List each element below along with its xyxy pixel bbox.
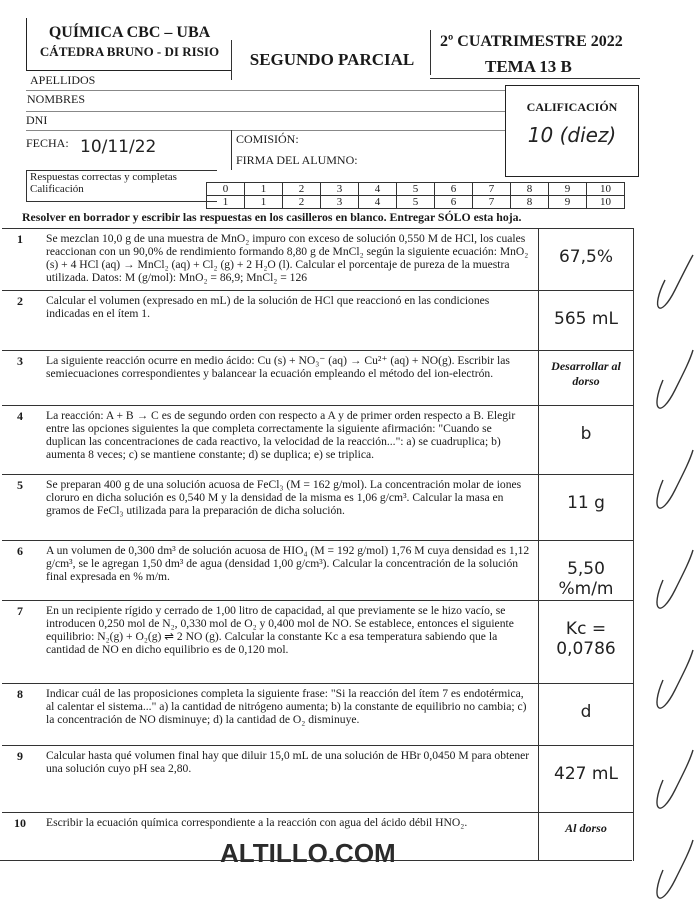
divider	[231, 130, 232, 170]
question-text: En un recipiente rígido y cerrado de 1,0…	[46, 604, 534, 656]
question-row: 3La siguiente reacción ocurre en medio á…	[2, 350, 538, 406]
divider	[26, 130, 506, 131]
grade-table-cell: 5	[397, 196, 435, 209]
question-row: 6A un volumen de 0,300 dm³ de solución a…	[2, 540, 538, 601]
question-row: 4La reacción: A + B → C es de segundo or…	[2, 405, 538, 475]
answer-value: Al dorso	[539, 821, 633, 836]
question-number: 4	[2, 409, 38, 424]
question-text: La reacción: A + B → C es de segundo ord…	[46, 409, 534, 461]
answer-value: 565 mL	[539, 309, 633, 329]
question-row: 5Se preparan 400 g de una solución acuos…	[2, 474, 538, 541]
exam-title: SEGUNDO PARCIAL	[232, 50, 432, 70]
grade-table-row1-label: Respuestas correctas y completas	[27, 171, 217, 183]
teacher-check-marks	[645, 250, 695, 910]
date-value[interactable]: 10/11/22	[80, 137, 156, 157]
answer-box[interactable]: Al dorso	[538, 812, 634, 861]
question-text: Calcular hasta qué volumen final hay que…	[46, 749, 534, 775]
question-number: 7	[2, 604, 38, 619]
grade-table-cell: 3	[321, 183, 359, 196]
date-label: FECHA:	[26, 136, 69, 151]
answer-box[interactable]: Kc = 0,0786	[538, 600, 634, 684]
grade-table-cell: 1	[245, 183, 283, 196]
grade-table-cell: 8	[511, 183, 549, 196]
grade-label: CALIFICACIÓN	[506, 100, 638, 115]
names-label: NOMBRES	[27, 92, 85, 107]
answer-value: Desarrollar al dorso	[539, 359, 633, 389]
answer-value: 67,5%	[539, 247, 633, 267]
grade-table-cell: 3	[321, 196, 359, 209]
grade-table-cell: 1	[245, 196, 283, 209]
divider	[430, 30, 431, 75]
grade-table: 012345678910 112345678910	[206, 182, 625, 209]
question-number: 3	[2, 354, 38, 369]
course-title: QUÍMICA CBC – UBA	[27, 24, 232, 42]
divider	[430, 78, 640, 79]
grade-table-labels: Respuestas correctas y completas Calific…	[26, 170, 217, 202]
checkmark-scribble-icon	[645, 250, 695, 910]
surname-label: APELLIDOS	[30, 73, 95, 88]
grade-table-cell: 4	[359, 183, 397, 196]
question-row: 7En un recipiente rígido y cerrado de 1,…	[2, 600, 538, 684]
answer-value: 11 g	[539, 493, 633, 513]
question-row: 9Calcular hasta qué volumen final hay qu…	[2, 745, 538, 813]
grade-table-score-row: 112345678910	[207, 196, 625, 209]
question-text: La siguiente reacción ocurre en medio ác…	[46, 354, 534, 380]
grade-table-cell: 2	[283, 196, 321, 209]
answer-value: 427 mL	[539, 764, 633, 784]
answer-box[interactable]: 67,5%	[538, 228, 634, 291]
answer-value: d	[539, 702, 633, 722]
question-number: 9	[2, 749, 38, 764]
grade-table-cell: 1	[207, 196, 245, 209]
question-text: Se mezclan 10,0 g de una muestra de MnO₂…	[46, 232, 534, 284]
grade-table-cell: 5	[397, 183, 435, 196]
grade-table-cell: 0	[207, 183, 245, 196]
question-number: 5	[2, 478, 38, 493]
answer-value: 5,50 %m/m	[539, 559, 633, 599]
answer-box[interactable]: Desarrollar al dorso	[538, 350, 634, 406]
question-number: 1	[2, 232, 38, 247]
signature-label: FIRMA DEL ALUMNO:	[236, 153, 358, 168]
grade-table-cell: 2	[283, 183, 321, 196]
commission-label: COMISIÓN:	[236, 132, 299, 147]
grade-table-correct-row: 012345678910	[207, 183, 625, 196]
topic: TEMA 13 B	[485, 57, 572, 77]
grade-box: CALIFICACIÓN 10 (diez)	[505, 85, 639, 177]
answer-box[interactable]: b	[538, 405, 634, 475]
grade-table-cell: 6	[435, 183, 473, 196]
grade-table-cell: 7	[473, 183, 511, 196]
instructions: Resolver en borrador y escribir las resp…	[22, 210, 522, 225]
answer-box[interactable]: 5,50 %m/m	[538, 540, 634, 601]
question-text: A un volumen de 0,300 dm³ de solución ac…	[46, 544, 534, 583]
question-number: 8	[2, 687, 38, 702]
question-text: Calcular el volumen (expresado en mL) de…	[46, 294, 534, 320]
grade-table-cell: 9	[549, 196, 587, 209]
question-text: Se preparan 400 g de una solución acuosa…	[46, 478, 534, 517]
course-box: QUÍMICA CBC – UBA CÁTEDRA BRUNO - DI RIS…	[26, 18, 232, 71]
divider	[26, 111, 506, 112]
question-row: 2Calcular el volumen (expresado en mL) d…	[2, 290, 538, 351]
question-number: 2	[2, 294, 38, 309]
grade-table-row2-label: Calificación	[27, 183, 217, 195]
grade-table-cell: 6	[435, 196, 473, 209]
dni-label: DNI	[26, 113, 47, 128]
question-number: 10	[2, 816, 38, 831]
answer-box[interactable]: d	[538, 683, 634, 746]
grade-table-cell: 8	[511, 196, 549, 209]
question-number: 6	[2, 544, 38, 559]
grade-table-cell: 4	[359, 196, 397, 209]
question-row: 8Indicar cuál de las proposiciones compl…	[2, 683, 538, 746]
answer-value: b	[539, 424, 633, 444]
answer-box[interactable]: 427 mL	[538, 745, 634, 813]
grade-table-cell: 10	[587, 183, 625, 196]
watermark: ALTILLO.COM	[220, 838, 396, 869]
grade-value: 10 (diez)	[506, 123, 638, 147]
chair-name: CÁTEDRA BRUNO - DI RISIO	[27, 44, 232, 60]
divider	[26, 90, 506, 91]
grade-table-cell: 7	[473, 196, 511, 209]
answer-box[interactable]: 11 g	[538, 474, 634, 541]
term: 2º CUATRIMESTRE 2022	[440, 33, 623, 51]
divider	[231, 40, 232, 80]
question-row: 1Se mezclan 10,0 g de una muestra de MnO…	[2, 228, 538, 291]
answer-box[interactable]: 565 mL	[538, 290, 634, 351]
question-text: Indicar cuál de las proposiciones comple…	[46, 687, 534, 726]
grade-table-cell: 9	[549, 183, 587, 196]
answer-value: Kc = 0,0786	[539, 619, 633, 659]
question-text: Escribir la ecuación química correspondi…	[46, 816, 534, 829]
grade-table-cell: 10	[587, 196, 625, 209]
